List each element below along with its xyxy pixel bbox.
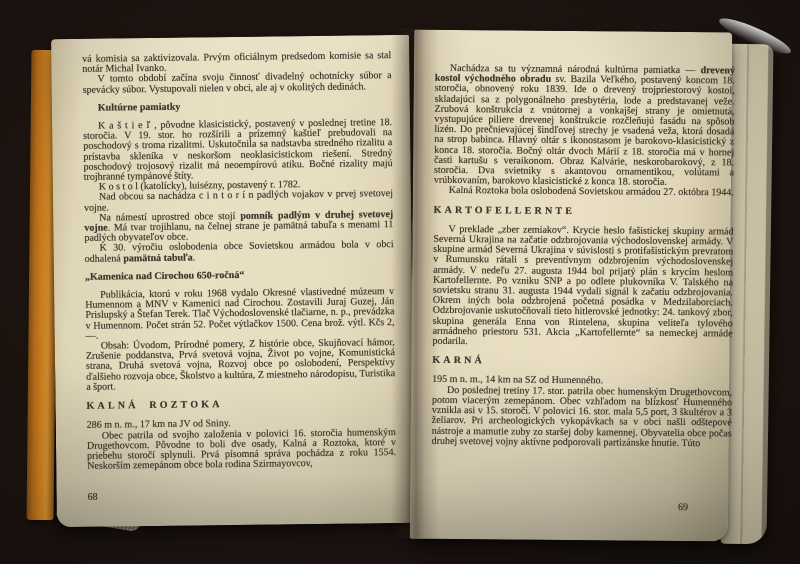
left-page-text: vá komisia sa zaktivizovala. Prvým ofici…: [82, 51, 396, 472]
paragraph-publikacia: Publikácia, ktorú v roku 1968 vydalo Okr…: [85, 287, 395, 342]
paragraph-dreveny-kostol: Nachádza sa tu významná národná kultúrna…: [434, 64, 735, 189]
paragraph: V tomto období začína svoju činnosť diva…: [82, 71, 391, 95]
heading-kartofellernte: KARTOFELLERNTE: [434, 205, 734, 218]
paragraph-obec-patrila: Obec patrila od svojho založenia v polov…: [87, 428, 396, 473]
right-page: Nachádza sa tu významná národná kultúrna…: [410, 30, 732, 542]
right-page-text: Nachádza sa tu významná národná kultúrna…: [432, 64, 735, 450]
paragraph-oslobodenie: Kalná Roztoka bola oslobodená Sovietskou…: [434, 186, 734, 199]
heading-kulturne-pamiatky: Kultúrne pamiatky: [83, 100, 392, 114]
book-photo: vá komisia sa zaktivizovala. Prvým ofici…: [0, 0, 800, 564]
paragraph-kartofellernte: V preklade „zber zemiakov“. Krycie heslo…: [432, 225, 733, 350]
paragraph-obsah: Obsah: Úvodom, Prírodné pomery, Z histór…: [86, 338, 396, 393]
page-number-right: 69: [678, 502, 688, 513]
heading-kamenica-650: „Kamenica nad Cirochou 650-ročná“: [85, 269, 394, 283]
paragraph-karna-history: Do poslednej tretiny 17. stor. patrila o…: [432, 385, 733, 449]
page-number-left: 68: [88, 492, 98, 503]
paragraph-tabula: K 30. výročiu oslobodenia obce Sovietsko…: [85, 240, 394, 264]
heading-karna: KARNÁ: [432, 356, 732, 369]
paragraph-kastiel: K a š t i e ľ , pôvodne klasicistický, p…: [83, 118, 393, 183]
heading-kalna-roztoka: KALNÁ ROZTOKA: [86, 398, 395, 412]
left-page: vá komisia sa zaktivizovala. Prvým ofici…: [51, 35, 415, 527]
